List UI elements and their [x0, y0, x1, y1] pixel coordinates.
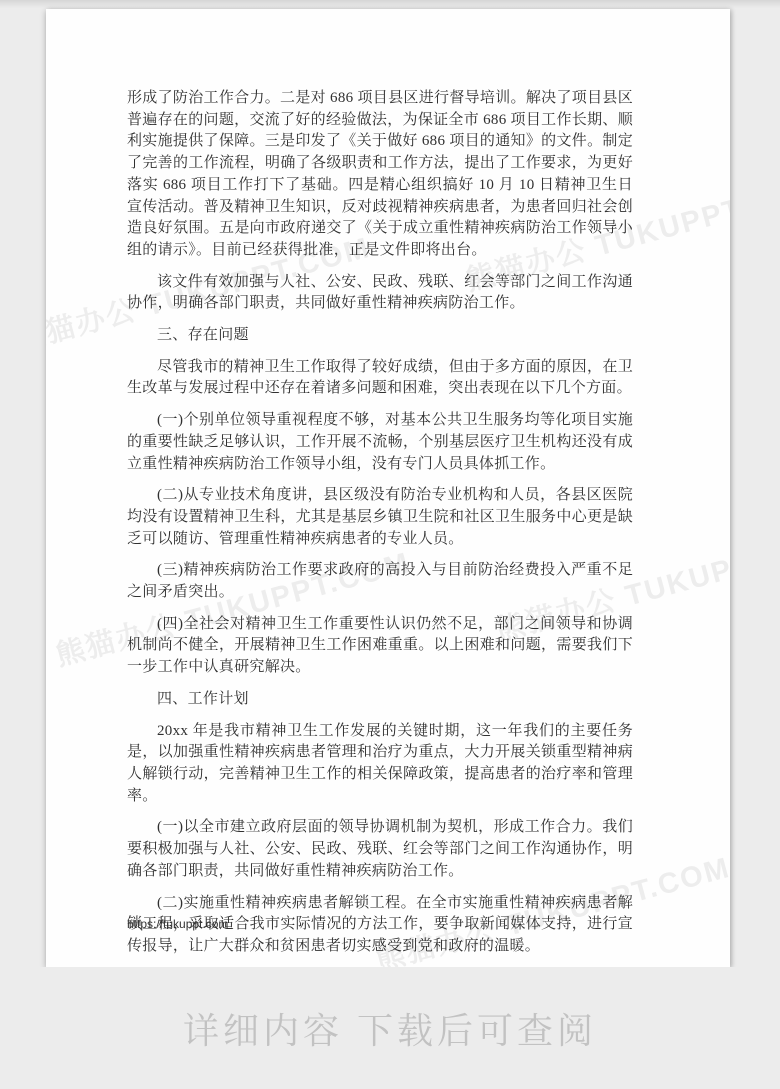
doc-paragraph: (四)全社会对精神卫生工作重要性认识仍然不足，部门之间领导和协调机制尚不健全，开…: [127, 614, 633, 679]
doc-paragraph: (一)以全市建立政府层面的领导协调机制为契机，形成工作合力。我们要积极加强与人社…: [127, 817, 633, 882]
document-preview: 熊猫办公 TUKUPPT.COM熊猫办公 TUKUPPT.COM熊猫办公 TUK…: [0, 0, 780, 1089]
doc-heading: 三、存在问题: [127, 325, 633, 347]
page-footer-url[interactable]: https://tukuppt.com: [127, 917, 228, 931]
download-hint-text: 详细内容 下载后可查阅: [183, 1003, 597, 1054]
doc-paragraph: 该文件有效加强与人社、公安、民政、残联、红会等部门之间工作沟通协作，明确各部门职…: [127, 272, 633, 315]
doc-paragraph: (二)从专业技术角度讲，县区级没有防治专业机构和人员，各县区医院均没有设置精神卫…: [127, 485, 633, 550]
doc-paragraph: 尽管我市的精神卫生工作取得了较好成绩，但由于多方面的原因，在卫生改革与发展过程中…: [127, 357, 633, 400]
doc-paragraph: (一)个别单位领导重视程度不够，对基本公共卫生服务均等化项目实施的重要性缺乏足够…: [127, 410, 633, 475]
download-hint-banner: 详细内容 下载后可查阅: [0, 967, 780, 1089]
previous-page-edge: [0, 0, 780, 8]
doc-paragraph: 20xx 年是我市精神卫生工作发展的关键时期，这一年我们的主要任务是，以加强重性…: [127, 721, 633, 808]
doc-paragraph: 形成了防治工作合力。二是对 686 项目县区进行督导培训。解决了项目县区普遍存在…: [127, 88, 633, 262]
document-page: 熊猫办公 TUKUPPT.COM熊猫办公 TUKUPPT.COM熊猫办公 TUK…: [46, 9, 730, 967]
doc-heading: 四、工作计划: [127, 689, 633, 711]
doc-paragraph: (三)精神疾病防治工作要求政府的高投入与目前防治经费投入严重不足之间矛盾突出。: [127, 560, 633, 603]
document-body: 形成了防治工作合力。二是对 686 项目县区进行督导培训。解决了项目县区普遍存在…: [127, 88, 633, 967]
